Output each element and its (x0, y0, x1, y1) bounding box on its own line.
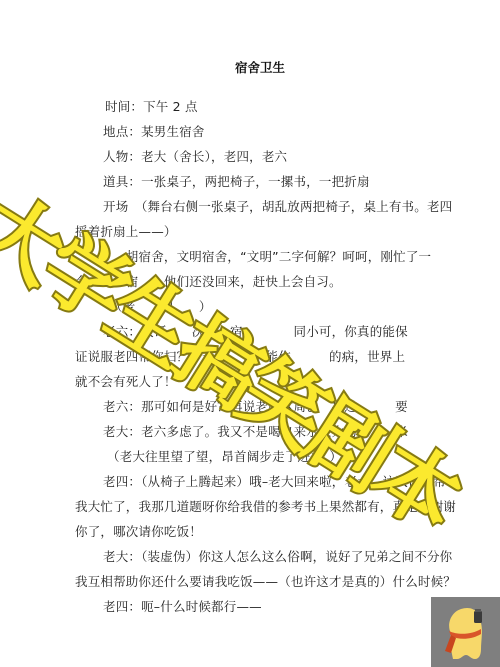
meta-characters: 人物：老大（舍长），老四，老六 (103, 147, 287, 165)
script-line: 我互相帮助你还什么要请我吃饭——（也许这才是真的）什么时候？ (75, 572, 456, 590)
yellow-mascot-with-scarf-icon (431, 597, 500, 667)
script-line: 开场 （舞台右侧一张桌子，胡乱放两把椅子，桌上有书。老四 (103, 197, 452, 215)
meta-time: 时间：下午 2 点 (105, 97, 198, 115)
document-title: 宿舍卫生 (0, 58, 500, 76)
watermark-badge (431, 597, 500, 667)
script-line: 老四：呃–什么时候都行—— (103, 597, 262, 615)
meta-place: 地点：某男生宿舍 (103, 122, 205, 140)
script-line: 老大：（装虚伪）你这人怎么这么俗啊，说好了兄弟之间不分你 (103, 547, 452, 565)
script-line: 你了，哪次请你吃饭！ (75, 522, 202, 540)
meta-props: 道具：一张桌子，两把椅子，一摞书，一把折扇 (103, 172, 370, 190)
